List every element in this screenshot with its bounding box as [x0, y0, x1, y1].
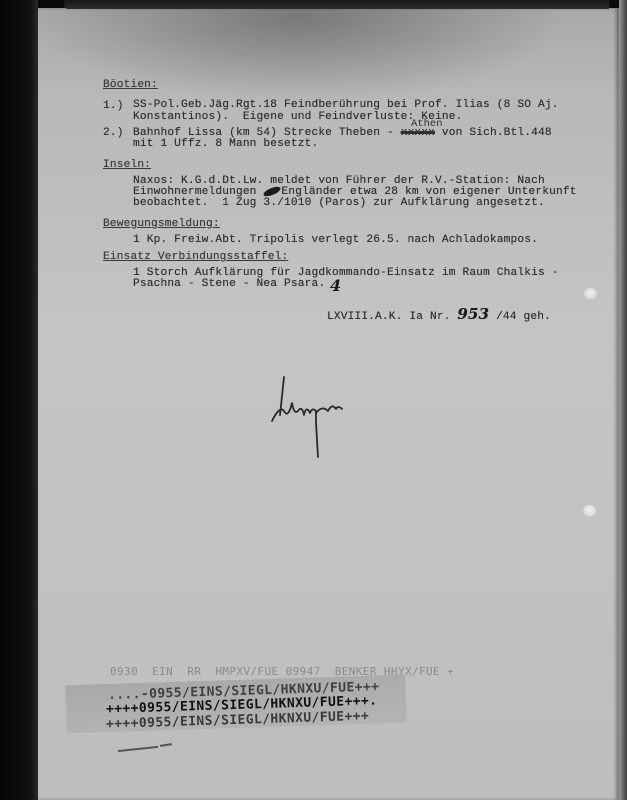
- handwritten-number: 953: [457, 305, 489, 323]
- page-top-fold: [64, 0, 609, 9]
- section-heading-boeotien: Böotien:: [103, 80, 158, 91]
- punch-hole: [584, 288, 597, 300]
- entry-text-line: mit 1 Uffz. 8 Mann besetzt.: [133, 139, 318, 150]
- section-text-line: Psachna - Stene - Nea Psara.: [133, 279, 325, 290]
- handwritten-check-mark: 4: [330, 276, 341, 295]
- scan-left-border: [0, 0, 38, 800]
- entry-number: 1.): [103, 101, 124, 112]
- scan-right-border: [619, 0, 627, 800]
- entry-text-post: von Sich.Btl.448: [442, 127, 552, 139]
- signature-icon: [262, 375, 352, 465]
- section-heading-bewegungsmeldung: Bewegungsmeldung:: [103, 219, 220, 230]
- section-text-line: beobachtet. 1 Zug 3./1010 (Paros) zur Au…: [133, 198, 545, 209]
- signature: [262, 375, 352, 470]
- section-heading-inseln: Inseln:: [103, 160, 151, 171]
- section-text-line: 1 Kp. Freiw.Abt. Tripolis verlegt 26.5. …: [133, 235, 538, 246]
- reference-suffix: /44 geh.: [496, 311, 551, 323]
- entry-text-line: SS-Pol.Geb.Jäg.Rgt.18 Feindberührung bei…: [133, 100, 559, 111]
- reference-line: LXVIII.A.K. Ia Nr. 953 /44 geh.: [327, 309, 551, 323]
- section-heading-einsatz-verbindungsstaffel: Einsatz Verbindungsstaffel:: [103, 252, 288, 263]
- entry-number: 2.): [103, 128, 124, 139]
- punch-hole: [583, 505, 596, 517]
- reference-prefix: LXVIII.A.K. Ia Nr.: [327, 311, 451, 323]
- inserted-correction: Athen: [411, 118, 443, 130]
- ink-blot: [263, 185, 282, 197]
